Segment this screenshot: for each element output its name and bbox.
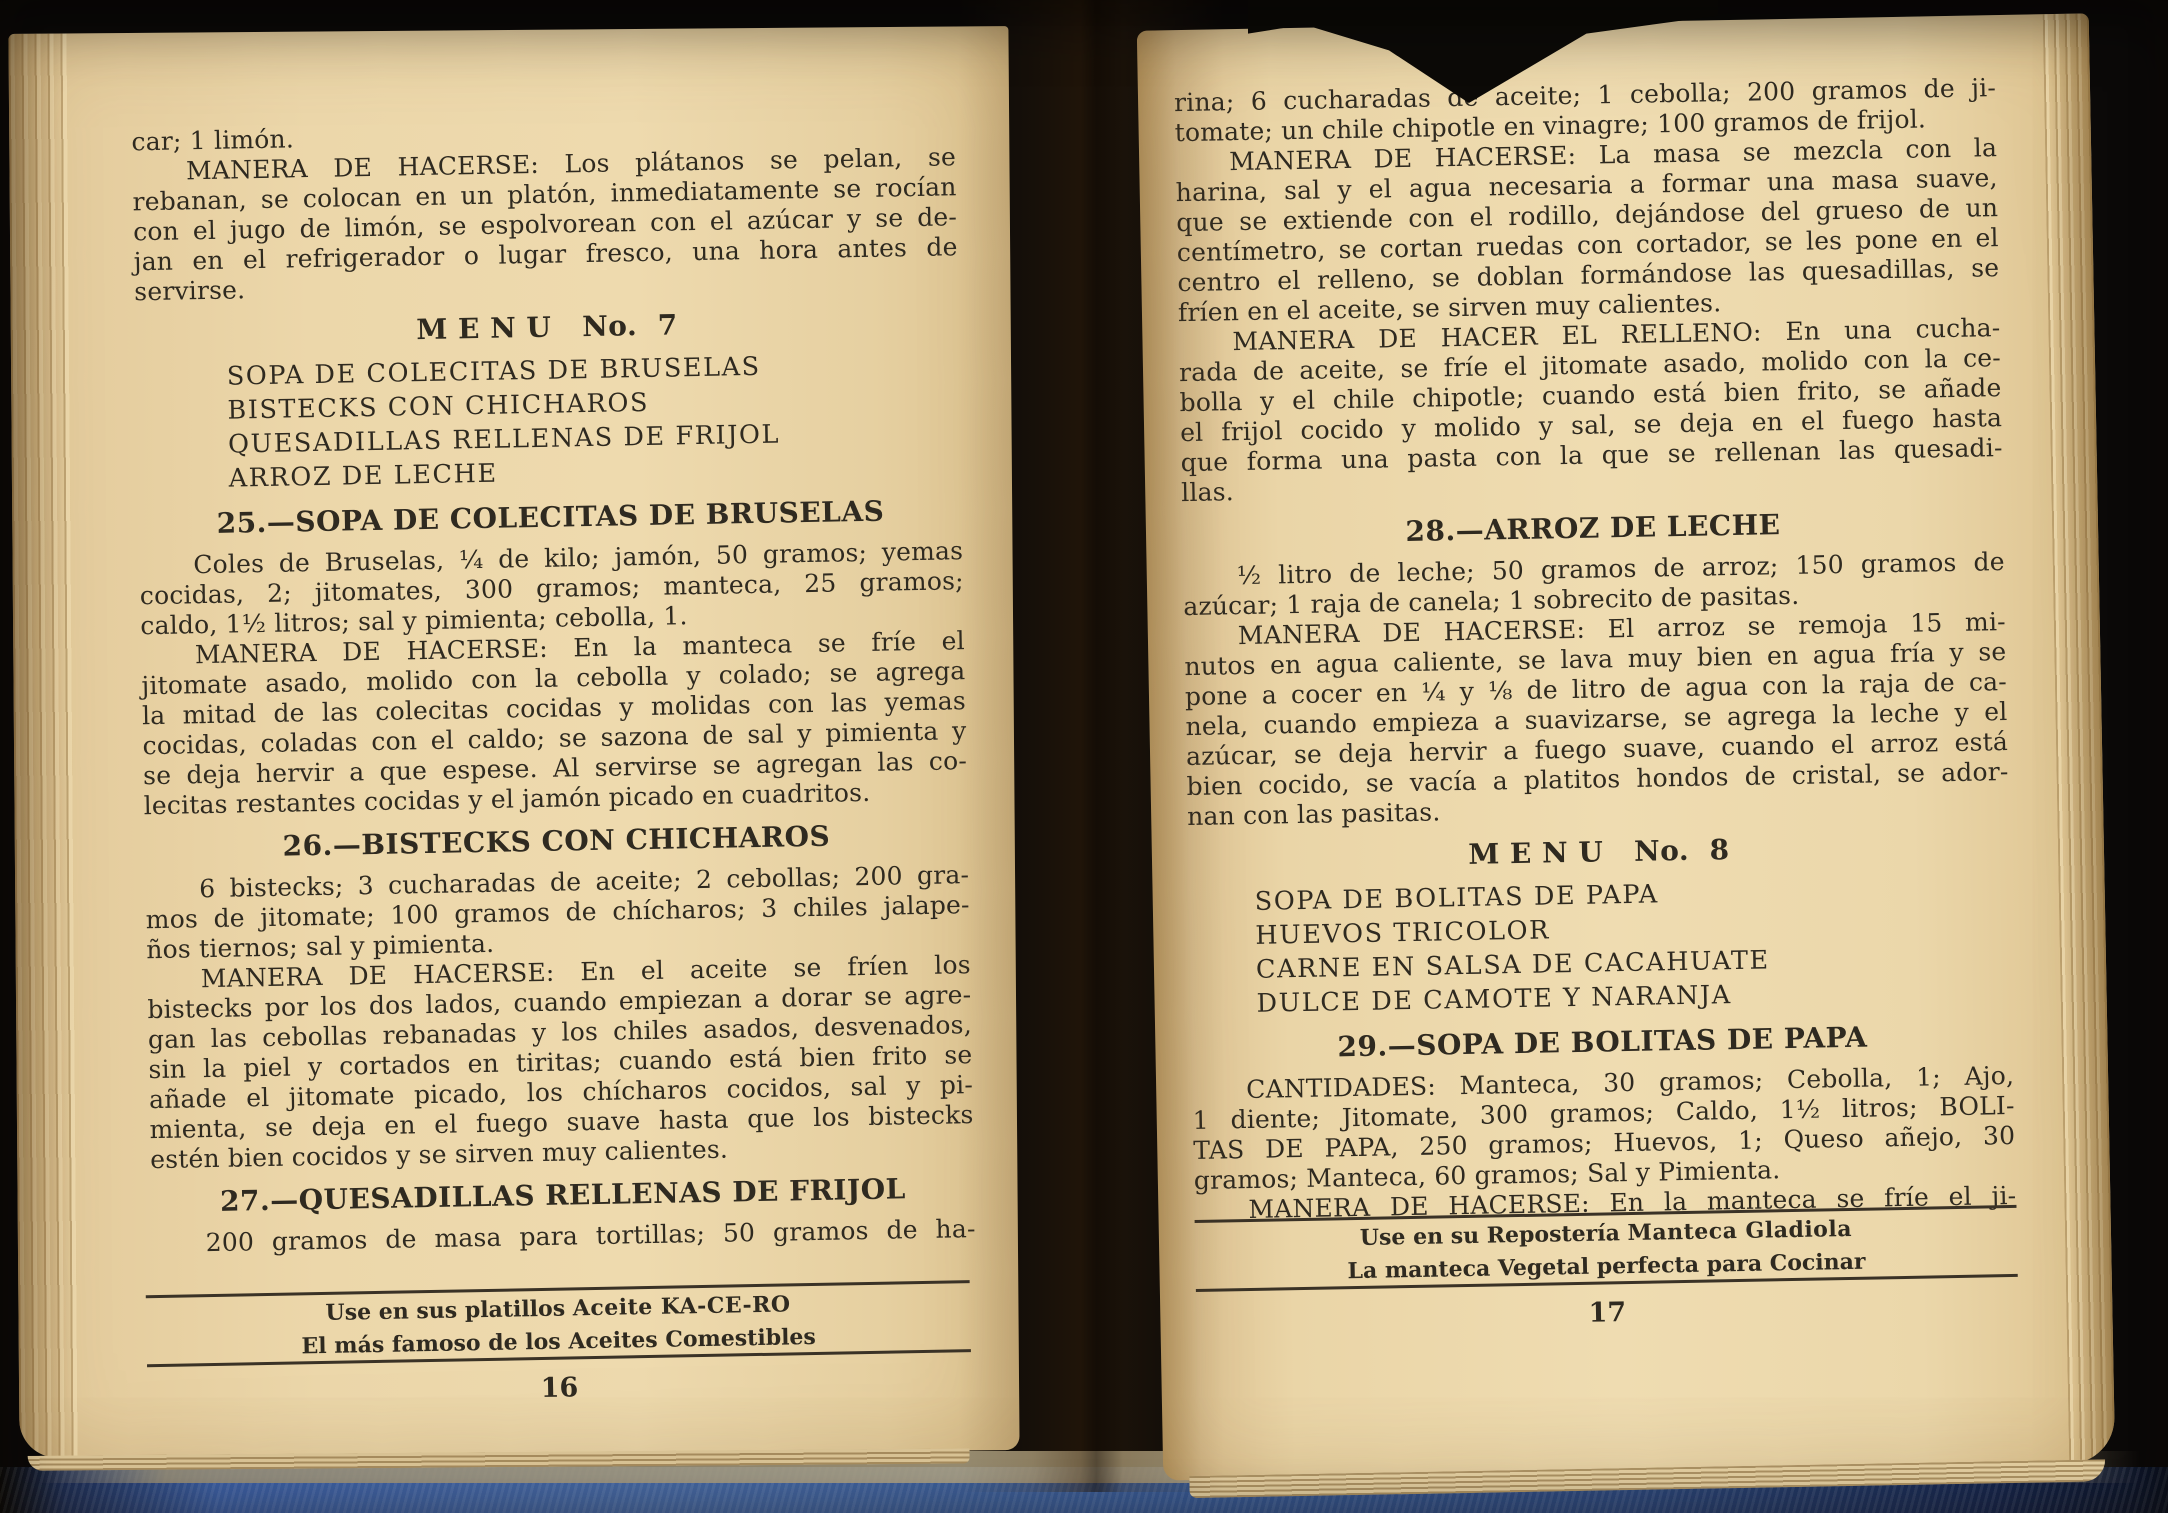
recipe25-preparation: MANERA DE HACERSE: En la manteca se fríe… — [141, 626, 968, 821]
menu7-title: M E N U No. 7 — [135, 304, 959, 351]
recipe29-ingredients: CANTIDADES: Manteca, 30 gramos; Cebolla,… — [1192, 1061, 2016, 1196]
recipe25-heading: 25.—SOPA DE COLECITAS DE BRUSELAS — [138, 494, 962, 541]
paragraph-body: MANERA DE HACERSE: En la manteca se fríe… — [141, 626, 968, 791]
book-spread: car; 1 limón. MANERA DE HACERSE: Los plá… — [0, 0, 2168, 1513]
left-page-footer: Use en sus platillos Aceite KA-CE-RO El … — [146, 1280, 972, 1411]
paragraph-manera-relleno: MANERA DE HACER EL RELLENO: En una cucha… — [1178, 313, 2003, 508]
paragraph-body: 200 gramos de masa para tortillas; 50 gr… — [151, 1214, 975, 1259]
paragraph-body: MANERA DE HACERSE: La masa se mezcla con… — [1175, 133, 2000, 298]
paragraph-body: MANERA DE HACERSE: El arroz se remoja 15… — [1184, 607, 2009, 802]
recipe28-preparation: MANERA DE HACERSE: El arroz se remoja 15… — [1184, 607, 2010, 832]
left-page: car; 1 limón. MANERA DE HACERSE: Los plá… — [8, 26, 1019, 1458]
paragraph-body: MANERA DE HACERSE: En el aceite se fríen… — [147, 950, 974, 1145]
recipe26-preparation: MANERA DE HACERSE: En el aceite se fríen… — [147, 950, 975, 1175]
page-number: 16 — [147, 1365, 971, 1411]
paragraph-manera-masa: MANERA DE HACERSE: La masa se mezcla con… — [1175, 133, 2000, 328]
menu7-list: SOPA DE COLECITAS DE BRUSELAS BISTECKS C… — [227, 346, 962, 495]
recipe28-heading: 28.—ARROZ DE LECHE — [1182, 505, 2004, 552]
paragraph-manera-platanos: MANERA DE HACERSE: Los plátanos se pelan… — [132, 142, 959, 307]
right-page-edge-stack — [2043, 13, 2116, 1464]
left-page-content: car; 1 limón. MANERA DE HACERSE: Los plá… — [131, 112, 976, 1259]
recipe27-heading: 27.—QUESADILLAS RELLENAS DE FRIJOL — [151, 1172, 975, 1219]
recipe27-ingredients: 200 gramos de masa para tortillas; 50 gr… — [151, 1214, 975, 1259]
paragraph-body: CANTIDADES: Manteca, 30 gramos; Cebolla,… — [1192, 1061, 2016, 1166]
page-number: 17 — [1196, 1290, 2018, 1336]
footer-ad-prefix: Use en sus platillos — [325, 1296, 565, 1326]
footer-ad-prefix: Use en su Repostería — [1360, 1220, 1620, 1251]
right-page: rina; 6 cucharadas de aceite; 1 cebolla;… — [1137, 13, 2115, 1480]
footer-ad-brand: Manteca Gladiola — [1627, 1216, 1852, 1246]
menu8-title: M E N U No. 8 — [1188, 829, 2010, 876]
left-page-edge-stack — [8, 33, 81, 1457]
right-page-footer: Use en su Repostería Manteca Gladiola La… — [1195, 1205, 2019, 1336]
paragraph-body: MANERA DE HACER EL RELLENO: En una cucha… — [1178, 313, 2003, 478]
menu8-list: SOPA DE BOLITAS DE PAPA HUEVOS TRICOLOR … — [1254, 871, 2012, 1021]
footer-ad-brand: Aceite KA-CE-RO — [573, 1291, 791, 1321]
recipe26-ingredients: 6 bistecks; 3 cucharadas de aceite; 2 ce… — [145, 860, 971, 965]
recipe25-ingredients: Coles de Bruselas, ¼ de kilo; jamón, 50 … — [139, 536, 965, 641]
paragraph-body: MANERA DE HACERSE: Los plátanos se pelan… — [132, 142, 958, 277]
recipe29-heading: 29.—SOPA DE BOLITAS DE PAPA — [1191, 1019, 2013, 1066]
recipe26-heading: 26.—BISTECKS CON CHICHAROS — [144, 818, 968, 865]
right-page-content: rina; 6 cucharadas de aceite; 1 cebolla;… — [1174, 73, 2017, 1226]
